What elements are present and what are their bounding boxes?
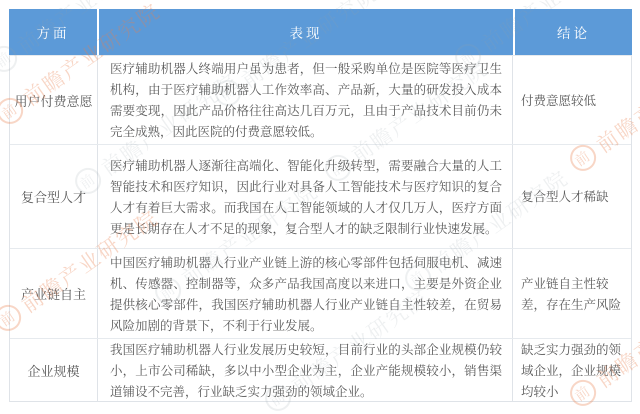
table-row: 复合型人才 医疗辅助机器人逐渐往高端化、智能化升级转型，需要融合大量的人工智能技…: [10, 145, 631, 249]
conclusion-cell: 付费意愿较低: [513, 56, 631, 144]
conclusion-cell: 产业链自主性较差，存在生产风险: [513, 249, 631, 338]
performance-cell: 我国医疗辅助机器人行业发展历史较短，目前行业的头部企业规模仍较小，上市公司稀缺，…: [98, 339, 513, 401]
table-row: 企业规模 我国医疗辅助机器人行业发展历史较短，目前行业的头部企业规模仍较小，上市…: [10, 339, 631, 401]
performance-cell: 医疗辅助机器人终端用户虽为患者，但一般采购单位是医院等医疗卫生机构，由于医疗辅助…: [98, 56, 513, 144]
industry-constraints-table: 方面 表现 结论 用户付费意愿 医疗辅助机器人终端用户虽为患者，但一般采购单位是…: [9, 9, 632, 404]
conclusion-cell: 复合型人才稀缺: [513, 145, 631, 248]
header-cell-conclusion: 结论: [515, 9, 632, 55]
performance-cell: 中国医疗辅助机器人行业产业链上游的核心零部件包括伺服电机、减速机、传感器、控制器…: [98, 249, 513, 338]
aspect-cell: 产业链自主: [10, 249, 98, 338]
aspect-cell: 用户付费意愿: [10, 56, 98, 144]
performance-cell: 医疗辅助机器人逐渐往高端化、智能化升级转型，需要融合大量的人工智能技术和医疗知识…: [98, 145, 513, 248]
header-cell-aspect: 方面: [9, 9, 97, 55]
aspect-cell: 企业规模: [10, 339, 98, 401]
table-header-row: 方面 表现 结论: [9, 9, 632, 55]
header-cell-performance: 表现: [99, 9, 513, 55]
aspect-cell: 复合型人才: [10, 145, 98, 248]
conclusion-cell: 缺乏实力强劲的领域企业，企业规模均较小: [513, 339, 631, 401]
table-row: 产业链自主 中国医疗辅助机器人行业产业链上游的核心零部件包括伺服电机、减速机、传…: [10, 249, 631, 339]
table-row: 用户付费意愿 医疗辅助机器人终端用户虽为患者，但一般采购单位是医院等医疗卫生机构…: [10, 56, 631, 145]
table-body: 用户付费意愿 医疗辅助机器人终端用户虽为患者，但一般采购单位是医院等医疗卫生机构…: [9, 55, 632, 402]
